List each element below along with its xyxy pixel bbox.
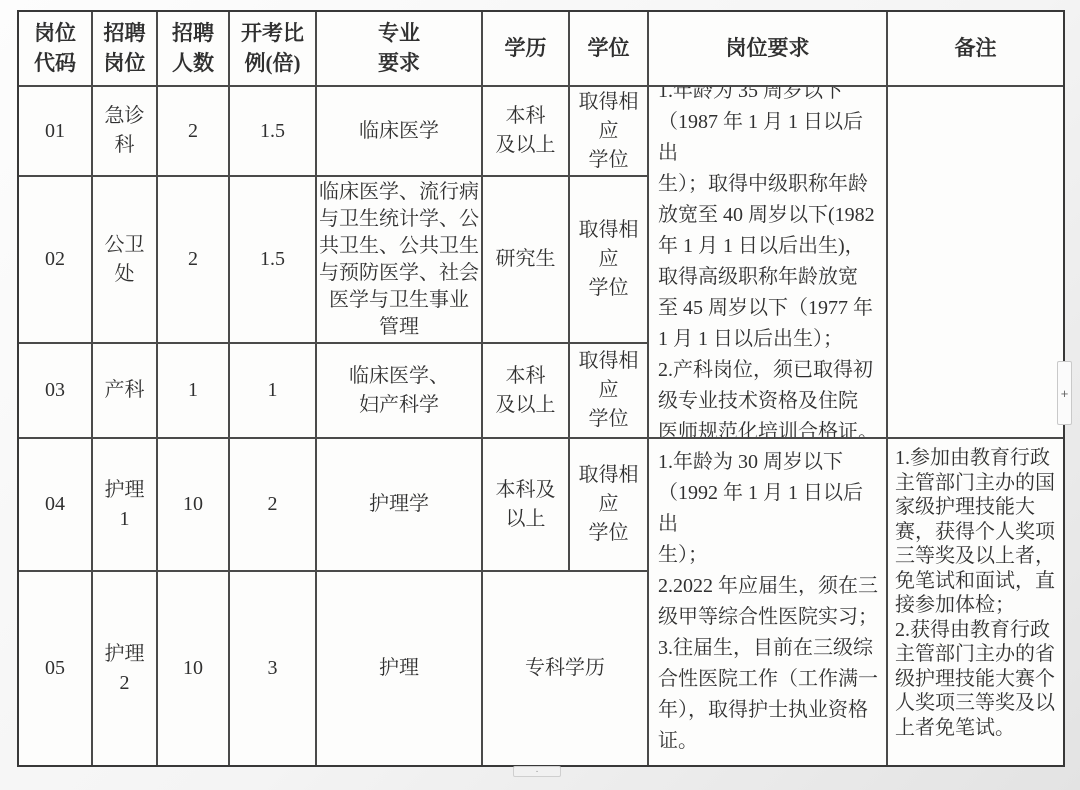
- plus-icon: +: [1061, 386, 1069, 401]
- cell-row3-position: 产科: [93, 344, 156, 437]
- cell-row2-degree: 取得相 应 学位: [570, 177, 647, 342]
- cell-row1-degree: 取得相 应 学位: [570, 87, 647, 175]
- cell-row2-count: 2: [158, 177, 228, 342]
- cell-row5-position: 护理 2: [93, 572, 156, 765]
- cell-row5-count: 10: [158, 572, 228, 765]
- recruitment-table: 岗位 代码 招聘 岗位 招聘 人数 开考比 例(倍) 专业 要求 学历 学位 岗…: [17, 10, 1065, 767]
- header-remarks: 备注: [888, 12, 1063, 85]
- cell-row3-ratio: 1: [230, 344, 315, 437]
- header-exam-ratio: 开考比 例(倍): [230, 12, 315, 85]
- cell-row1-education: 本科 及以上: [483, 87, 568, 175]
- horizontal-scrollbar-handle[interactable]: ·: [513, 766, 561, 777]
- cell-row4-degree: 取得相 应 学位: [570, 439, 647, 570]
- cell-row2-code: 02: [19, 177, 91, 342]
- cell-row4-code: 04: [19, 439, 91, 570]
- header-recruit-position: 招聘 岗位: [93, 12, 156, 85]
- cell-row5-education-degree: 专科学历: [483, 572, 647, 765]
- cell-row2-ratio: 1.5: [230, 177, 315, 342]
- cell-row3-degree: 取得相 应 学位: [570, 344, 647, 437]
- header-major-requirement: 专业 要求: [317, 12, 481, 85]
- cell-remarks-rows1-3: [888, 87, 1063, 437]
- cell-requirements-rows4-5: 1.年龄为 30 周岁以下 （1992 年 1 月 1 日以后出 生）； 2.2…: [649, 439, 886, 765]
- cell-row4-major: 护理学: [317, 439, 481, 570]
- header-degree: 学位: [570, 12, 647, 85]
- header-recruit-count: 招聘 人数: [158, 12, 228, 85]
- cell-row3-education: 本科 及以上: [483, 344, 568, 437]
- cell-row1-count: 2: [158, 87, 228, 175]
- cell-row5-ratio: 3: [230, 572, 315, 765]
- cell-row1-code: 01: [19, 87, 91, 175]
- header-position-requirements: 岗位要求: [649, 12, 886, 85]
- cell-row2-education: 研究生: [483, 177, 568, 342]
- cell-row4-education: 本科及 以上: [483, 439, 568, 570]
- cell-row5-major: 护理: [317, 572, 481, 765]
- cell-row1-ratio: 1.5: [230, 87, 315, 175]
- cell-row1-position: 急诊 科: [93, 87, 156, 175]
- header-position-code: 岗位 代码: [19, 12, 91, 85]
- vertical-scrollbar-handle[interactable]: +: [1057, 361, 1072, 425]
- cell-row4-ratio: 2: [230, 439, 315, 570]
- cell-row3-major: 临床医学、 妇产科学: [317, 344, 481, 437]
- cell-row3-code: 03: [19, 344, 91, 437]
- cell-row2-major: 临床医学、流行病 与卫生统计学、公 共卫生、公共卫生 与预防医学、社会 医学与卫…: [317, 177, 481, 342]
- cell-row3-count: 1: [158, 344, 228, 437]
- cell-remarks-rows4-5: 1.参加由教育行政 主管部门主办的国 家级护理技能大 赛，获得个人奖项 三等奖及…: [888, 439, 1063, 765]
- cell-row4-position: 护理 1: [93, 439, 156, 570]
- cell-row5-code: 05: [19, 572, 91, 765]
- cell-row4-count: 10: [158, 439, 228, 570]
- cell-row1-major: 临床医学: [317, 87, 481, 175]
- cell-row2-position: 公卫 处: [93, 177, 156, 342]
- dot-icon: ·: [535, 768, 538, 776]
- cell-requirements-rows1-3: 1.年龄为 35 周岁以下 （1987 年 1 月 1 日以后出 生）；取得中级…: [649, 87, 886, 437]
- header-education: 学历: [483, 12, 568, 85]
